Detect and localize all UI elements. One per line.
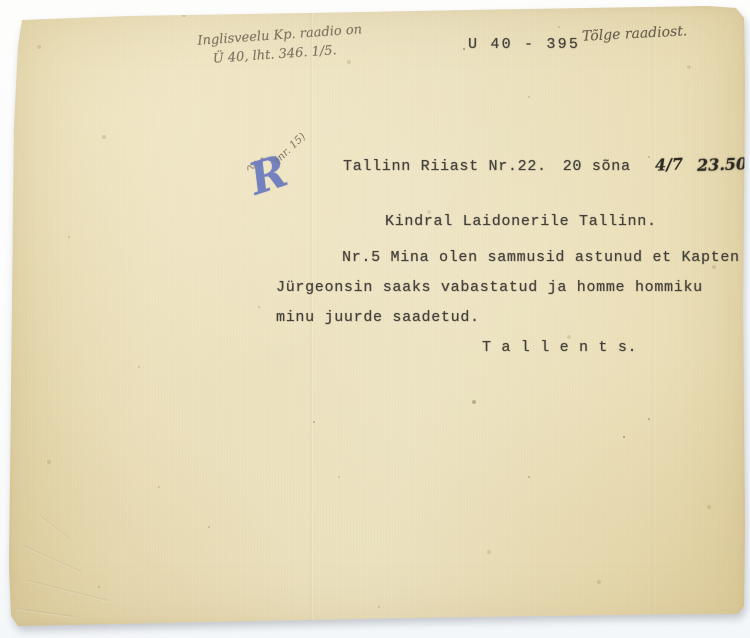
paper-wrinkle [16, 608, 74, 618]
registry-mark-group: R (nr. 15) [242, 140, 332, 220]
paper-foxing-speckles [8, 6, 10, 8]
translation-source-note: Tõlge raadiost. [582, 23, 688, 44]
telegram-word-count: 20 sõna [563, 158, 631, 175]
telegram-body-line: minu juurde saadetud. [276, 309, 480, 326]
document-scan: Inglisveelu Kp. raadio on Ü 40, lht. 346… [0, 0, 750, 638]
telegram-origin: Tallinn Riiast Nr.22. [343, 158, 547, 175]
typed-reference-number: U 40 - 395 [468, 36, 580, 53]
telegram-body-line: Jürgeonsin saaks vabastatud ja homme hom… [276, 279, 703, 296]
telegram-signature: T a l l e n t s. [482, 339, 637, 356]
paper-wrinkle [27, 580, 109, 602]
handwritten-time: 23.50 [696, 154, 747, 175]
telegram-header-line: Tallinn Riiast Nr.22.20 sõna4/723.50 [343, 155, 747, 175]
pencil-archive-note: Inglisveelu Kp. raadio on Ü 40, lht. 346… [197, 20, 364, 69]
telegram-recipient-line: Kindral Laidonerile Tallinn. [385, 213, 657, 230]
handwritten-date: 4/7 [654, 154, 683, 174]
paper-wrinkle [38, 514, 71, 540]
paper-crease [652, 6, 655, 626]
telegram-paper: Inglisveelu Kp. raadio on Ü 40, lht. 346… [8, 6, 746, 626]
paper-wrinkle [22, 545, 81, 573]
telegram-body-line: Nr.5 Mina olen sammusid astunud et Kapte… [342, 249, 740, 266]
